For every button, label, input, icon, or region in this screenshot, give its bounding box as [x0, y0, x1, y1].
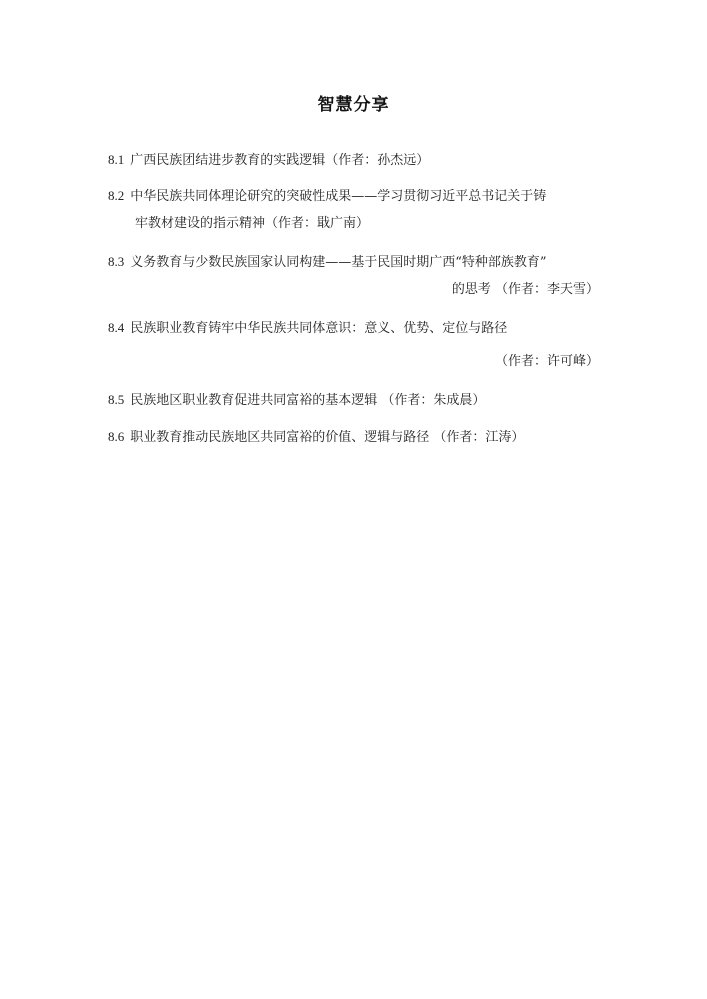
item-number: 8.2: [108, 187, 124, 205]
item-author: （作者：许可峰）: [495, 354, 599, 369]
list-item-8-6: 8.6职业教育推动民族地区共同富裕的价值、逻辑与路径 （作者：江涛）: [108, 428, 524, 447]
item-number: 8.5: [108, 391, 124, 409]
list-item-8-2: 8.2中华民族共同体理论研究的突破性成果——学习贯彻习近平总书记关于铸: [108, 187, 546, 206]
item-title-continued: 的思考 （作者：李天雪）: [452, 282, 599, 297]
list-item-8-3: 8.3义务教育与少数民族国家认同构建——基于民国时期广西“特种部族教育”: [108, 253, 547, 272]
list-item-8-3-continuation: 的思考 （作者：李天雪）: [452, 281, 599, 299]
item-number: 8.6: [108, 428, 124, 446]
item-number: 8.1: [108, 151, 124, 169]
item-number: 8.3: [108, 253, 124, 271]
list-item-8-4-author: （作者：许可峰）: [495, 353, 599, 371]
item-title: 中华民族共同体理论研究的突破性成果——学习贯彻习近平总书记关于铸: [130, 189, 546, 204]
list-item-8-2-continuation: 牢教材建设的指示精神（作者：戢广南）: [135, 215, 369, 233]
item-title: 义务教育与少数民族国家认同构建——基于民国时期广西“特种部族教育”: [130, 255, 546, 270]
item-number: 8.4: [108, 319, 124, 337]
list-item-8-1: 8.1广西民族团结进步教育的实践逻辑（作者：孙杰远）: [108, 151, 429, 170]
item-title: 广西民族团结进步教育的实践逻辑（作者：孙杰远）: [130, 153, 429, 168]
item-title: 职业教育推动民族地区共同富裕的价值、逻辑与路径 （作者：江涛）: [130, 430, 524, 445]
item-title: 民族地区职业教育促进共同富裕的基本逻辑 （作者：朱成晨）: [130, 393, 485, 408]
page-title: 智慧分享: [0, 90, 707, 115]
list-item-8-4: 8.4民族职业教育铸牢中华民族共同体意识：意义、优势、定位与路径: [108, 319, 507, 338]
item-title: 民族职业教育铸牢中华民族共同体意识：意义、优势、定位与路径: [130, 321, 507, 336]
item-title-continued: 牢教材建设的指示精神（作者：戢广南）: [135, 216, 369, 231]
list-item-8-5: 8.5民族地区职业教育促进共同富裕的基本逻辑 （作者：朱成晨）: [108, 391, 485, 410]
